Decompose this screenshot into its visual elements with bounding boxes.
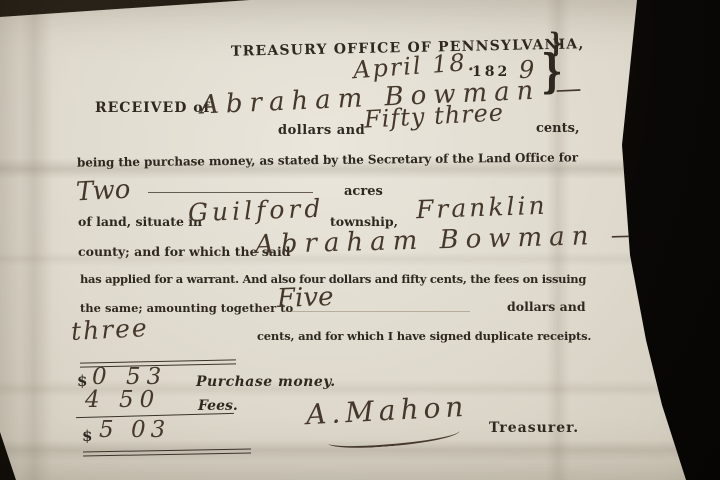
treasurer-label: Treasurer. bbox=[489, 420, 579, 436]
fees-amount: 4 50 bbox=[85, 387, 160, 413]
total-cents-handwritten: three bbox=[70, 313, 149, 346]
acres-handwritten: Two bbox=[75, 175, 131, 208]
document-paper: TREASURY OFFICE OF PENNSYLVANIA, } April… bbox=[0, 0, 720, 480]
total-dollar-sign: $ bbox=[82, 427, 92, 445]
total-amount: 5 03 bbox=[99, 417, 170, 443]
township-handwritten: Guilford bbox=[188, 194, 325, 228]
amounting-line: the same; amounting together to bbox=[80, 301, 293, 315]
dollars-and-label: dollars and bbox=[278, 123, 365, 138]
photo-background: TREASURY OFFICE OF PENNSYLVANIA, } April… bbox=[0, 0, 720, 480]
of-land-label: of land, situate in bbox=[78, 214, 202, 229]
warrant-line: has applied for a warrant. And also four… bbox=[80, 272, 586, 286]
dollars-blank-line bbox=[282, 295, 470, 312]
purchase-money-label: Purchase money. bbox=[196, 374, 336, 390]
acres-blank-line bbox=[148, 176, 313, 193]
received-of-label: RECEIVED of bbox=[95, 100, 211, 116]
acres-label: acres bbox=[344, 184, 383, 199]
fees-label: Fees. bbox=[198, 398, 238, 414]
cents-amount-handwritten: Fifty three bbox=[363, 98, 504, 133]
applicant-name-handwritten: Abraham Bowman — bbox=[255, 220, 644, 260]
figures-bottom-rule bbox=[83, 449, 251, 457]
cents-label: cents, bbox=[536, 121, 580, 136]
county-handwritten: Franklin bbox=[416, 191, 548, 225]
dollars-and-label-2: dollars and bbox=[507, 299, 586, 314]
duplicate-receipts-line: cents, and for which I have signed dupli… bbox=[257, 329, 591, 343]
purchase-money-line: being the purchase money, as stated by t… bbox=[77, 150, 578, 169]
